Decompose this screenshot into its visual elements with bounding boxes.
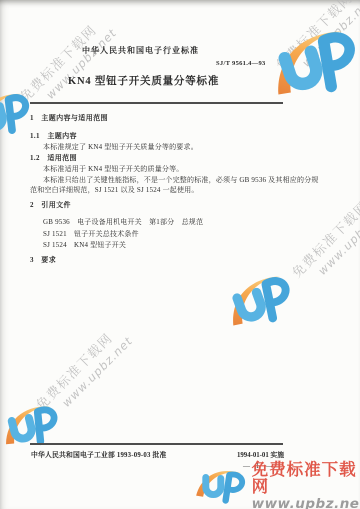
brand-footer: 免费标准下载网 www.upbz.net	[194, 462, 360, 509]
header-rule	[30, 102, 283, 104]
footer-rule	[30, 443, 283, 445]
up-logo-icon	[194, 466, 248, 506]
watermark-text: 免费标准下载网 www.upbz.net	[290, 190, 360, 292]
watermark-text: 免费标准下载网 www.upbz.net	[18, 14, 120, 116]
section-1-1-text: 本标准规定了 KN4 型钮子开关质量分等的要求。	[43, 142, 198, 152]
up-logo-icon	[217, 265, 302, 338]
up-logo-icon	[259, 17, 360, 112]
section-2-heading: 2 引用文件	[30, 200, 71, 210]
brand-site-name: 免费标准下载网	[252, 462, 360, 497]
section-3-heading: 3 要求	[30, 255, 56, 265]
document-page: 免费标准下载网 www.upbz.net 免费标准下载网 www.upbz.ne…	[0, 0, 360, 509]
section-1-heading: 1 主题内容与适用范围	[30, 113, 108, 123]
section-1-2-text-1: 本标准适用于 KN4 型钮子开关的质量分等。	[43, 164, 184, 174]
up-logo-icon	[0, 397, 67, 456]
document-title: KN4 型钮子开关质量分等标准	[68, 73, 219, 88]
section-1-2-text-2-line-1: 本标准只给出了关键性能指标，不是一个完整的标准，必须与 GB 9536 及其相应…	[43, 175, 319, 185]
brand-text: 免费标准下载网 www.upbz.net	[252, 462, 360, 509]
reference-item: SJ 1524 KN4 型钮子开关	[43, 240, 126, 250]
reference-item: GB 9536 电子设备用机电开关 第1部分 总规范	[43, 217, 203, 227]
standard-org-line: 中华人民共和国电子行业标准	[82, 45, 199, 56]
section-1-2-heading: 1.2 适用范围	[30, 153, 77, 163]
implementation-date: 1994-01-01 实施	[237, 449, 284, 459]
section-1-1-heading: 1.1 主题内容	[30, 131, 77, 141]
brand-site-url: www.upbz.net	[252, 497, 360, 509]
section-1-2-text-2-line-2: 范和空白详细规范，SJ 1521 以及 SJ 1524 一起使用。	[30, 185, 199, 195]
reference-item: SJ 1521 钮子开关总技术条件	[43, 229, 139, 239]
standard-number: SJ/T 9561.4—93	[216, 60, 266, 67]
watermark-site-name: 免费标准下载网	[18, 14, 110, 106]
approval-line: 中华人民共和国电子工业部 1993-09-03 批准	[31, 449, 166, 459]
